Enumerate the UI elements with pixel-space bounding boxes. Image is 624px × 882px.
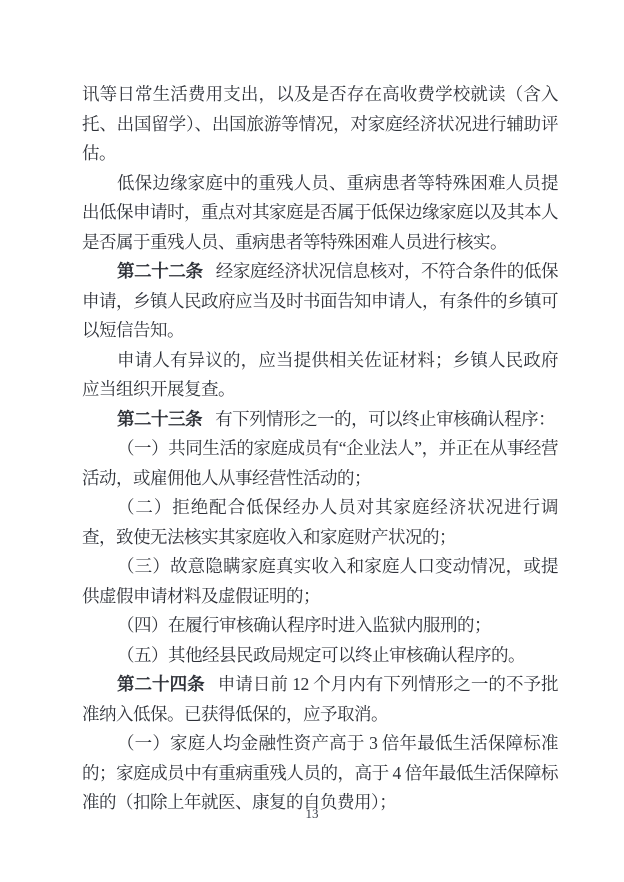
paragraph-article-22: 第二十二条经家庭经济状况信息核对，不符合条件的低保申请，乡镇人民政府应当及时书面… [82,257,558,346]
paragraph-text: 低保边缘家庭中的重残人员、重病患者等特殊困难人员提出低保申请时，重点对其家庭是否… [82,173,558,252]
paragraph-article-23: 第二十三条有下列情形之一的，可以终止审核确认程序： [82,405,558,435]
page-number: 13 [0,806,624,822]
article-number: 第二十三条 [117,409,202,429]
paragraph-item-2: （二）拒绝配合低保经办人员对其家庭经济状况进行调查，致使无法核实其家庭收入和家庭… [82,493,558,552]
paragraph-text: 申请人有异议的，应当提供相关佐证材料；乡镇人民政府应当组织开展复查。 [82,350,558,400]
paragraph: 讯等日常生活费用支出，以及是否存在高收费学校就读（含入托、出国留学）、出国旅游等… [82,80,558,169]
paragraph-item-1: （一）共同生活的家庭成员有“企业法人”，并正在从事经营活动，或雇佣他人从事经营性… [82,434,558,493]
paragraph-text: 讯等日常生活费用支出，以及是否存在高收费学校就读（含入托、出国留学）、出国旅游等… [82,84,558,163]
paragraph-item-1b: （一）家庭人均金融性资产高于 3 倍年最低生活保障标准的；家庭成员中有重病重残人… [82,729,558,818]
paragraph-text: （五）其他经县民政局规定可以终止审核确认程序的。 [117,645,525,665]
document-page: { "page": { "number": "13" }, "paragraph… [0,0,624,882]
article-number: 第二十四条 [117,674,205,694]
paragraph-item-3: （三）故意隐瞒家庭真实收入和家庭人口变动情况，或提供虚假申请材料及虚假证明的； [82,552,558,611]
paragraph-item-5: （五）其他经县民政局规定可以终止审核确认程序的。 [82,641,558,671]
paragraph-text: （一）共同生活的家庭成员有“企业法人”，并正在从事经营活动，或雇佣他人从事经营性… [82,438,558,488]
paragraph: 低保边缘家庭中的重残人员、重病患者等特殊困难人员提出低保申请时，重点对其家庭是否… [82,169,558,258]
article-number: 第二十二条 [117,261,203,281]
page: 讯等日常生活费用支出，以及是否存在高收费学校就读（含入托、出国留学）、出国旅游等… [0,0,624,882]
paragraph: 申请人有异议的，应当提供相关佐证材料；乡镇人民政府应当组织开展复查。 [82,346,558,405]
paragraph-article-24: 第二十四条申请日前 12 个月内有下列情形之一的不予批准纳入低保。已获得低保的，… [82,670,558,729]
paragraph-text: （一）家庭人均金融性资产高于 3 倍年最低生活保障标准的；家庭成员中有重病重残人… [82,733,558,812]
paragraph-item-4: （四）在履行审核确认程序时进入监狱内服刑的； [82,611,558,641]
paragraph-text: （二）拒绝配合低保经办人员对其家庭经济状况进行调查，致使无法核实其家庭收入和家庭… [82,497,558,547]
paragraph-text: （四）在履行审核确认程序时进入监狱内服刑的； [117,615,491,635]
body-text: 讯等日常生活费用支出，以及是否存在高收费学校就读（含入托、出国留学）、出国旅游等… [82,80,558,818]
paragraph-text: （三）故意隐瞒家庭真实收入和家庭人口变动情况，或提供虚假申请材料及虚假证明的； [82,556,558,606]
paragraph-text: 有下列情形之一的，可以终止审核确认程序： [215,409,555,429]
